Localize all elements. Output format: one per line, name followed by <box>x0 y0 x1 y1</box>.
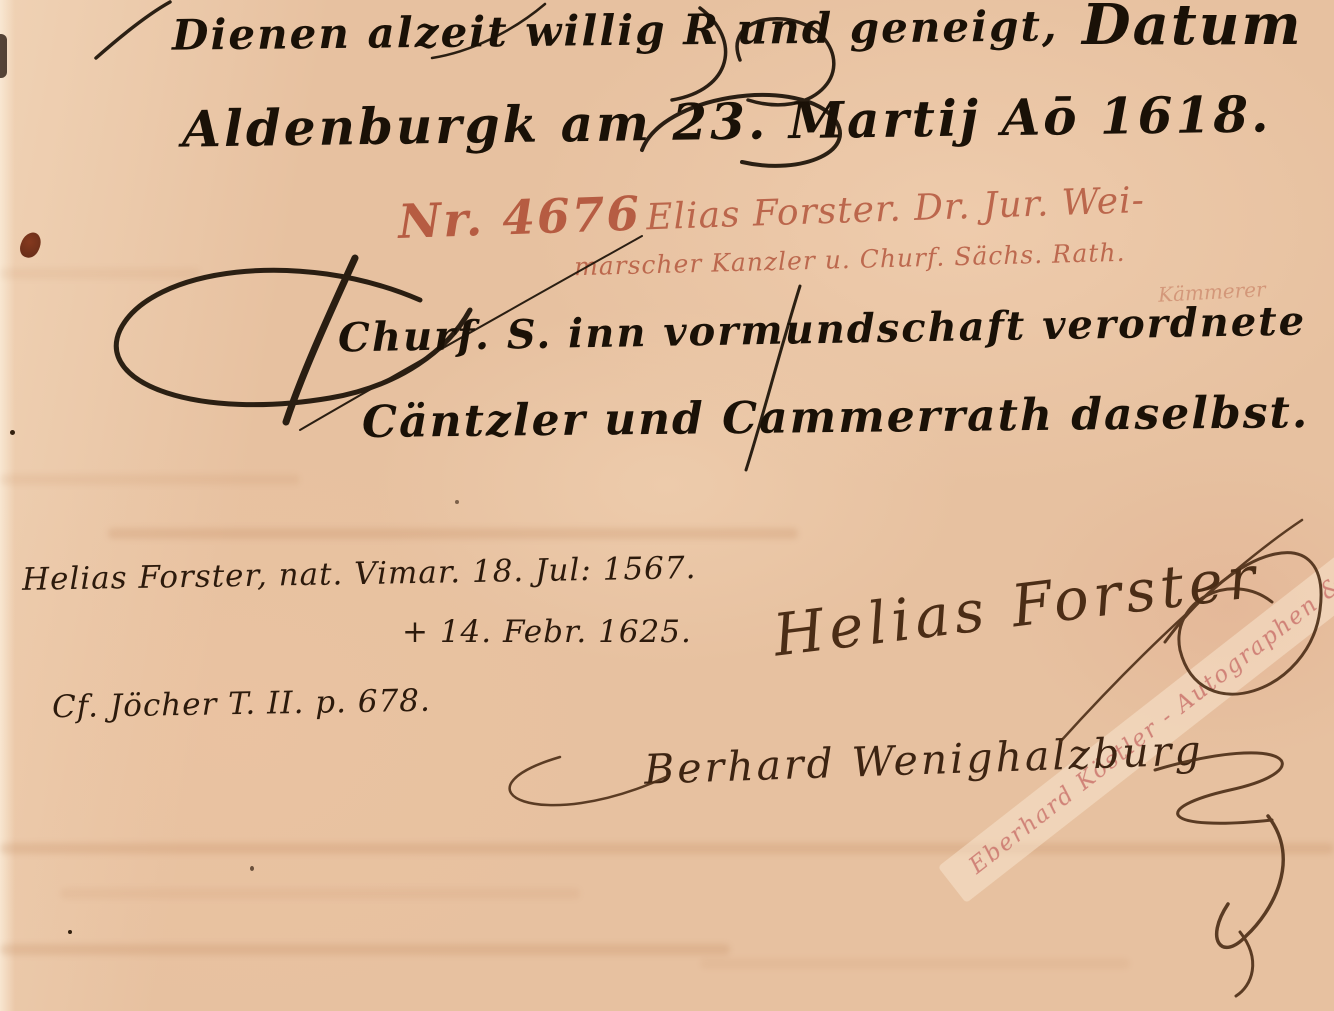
ink-speck <box>455 500 459 504</box>
red-annotation-number: Nr. 4676 <box>397 187 642 250</box>
bleedthrough-row <box>0 843 1334 854</box>
body-line-4: Cäntzler und Cammerrath daselbst. <box>362 387 1310 448</box>
paper-left-edge <box>0 0 15 1011</box>
red-annotation-line-1: Nr. 4676 Elias Forster. Dr. Jur. Wei- <box>397 169 1145 250</box>
ink-speck <box>250 866 254 871</box>
bleedthrough-row <box>0 944 730 955</box>
wax-spot <box>17 230 43 261</box>
red-annotation-name: Elias Forster. Dr. Jur. Wei- <box>646 180 1146 238</box>
signature-secondary: Berhard Wenighalzburg <box>643 726 1204 794</box>
datum-word: Datum <box>1082 0 1303 58</box>
bleedthrough-row <box>0 474 300 485</box>
bleedthrough-row <box>60 888 580 899</box>
manuscript-page: Eberhard Köstler - Autographen & Bücher … <box>0 0 1334 1011</box>
paper-edge-mark <box>0 34 7 78</box>
bio-note-line-1: Helias Forster, nat. Vimar. 18. Jul: 156… <box>22 550 697 598</box>
red-annotation-line-2: marscher Kanzler u. Churf. Sächs. Rath. <box>574 238 1126 281</box>
dealer-watermark: Eberhard Köstler - Autographen & Bücher <box>938 470 1334 903</box>
bleedthrough-row <box>700 958 1130 969</box>
ink-speck <box>68 930 72 934</box>
body-line-3: Churf. S. inn vormundschaft verordnete <box>338 298 1307 362</box>
bleedthrough-row <box>108 528 798 539</box>
bio-note-line-2: + 14. Febr. 1625. <box>402 614 692 650</box>
body-line-1: Dienen alzeit willig R und geneigt, <box>172 1 1059 59</box>
body-line-2-dateline: Aldenburgk am 23. Martij Aō 1618. <box>182 84 1272 158</box>
bleedthrough-row <box>0 268 200 279</box>
ink-speck <box>10 430 15 435</box>
bio-note-line-3: Cf. Jöcher T. II. p. 678. <box>52 683 431 726</box>
signature-primary: Helias Forster <box>770 542 1264 669</box>
